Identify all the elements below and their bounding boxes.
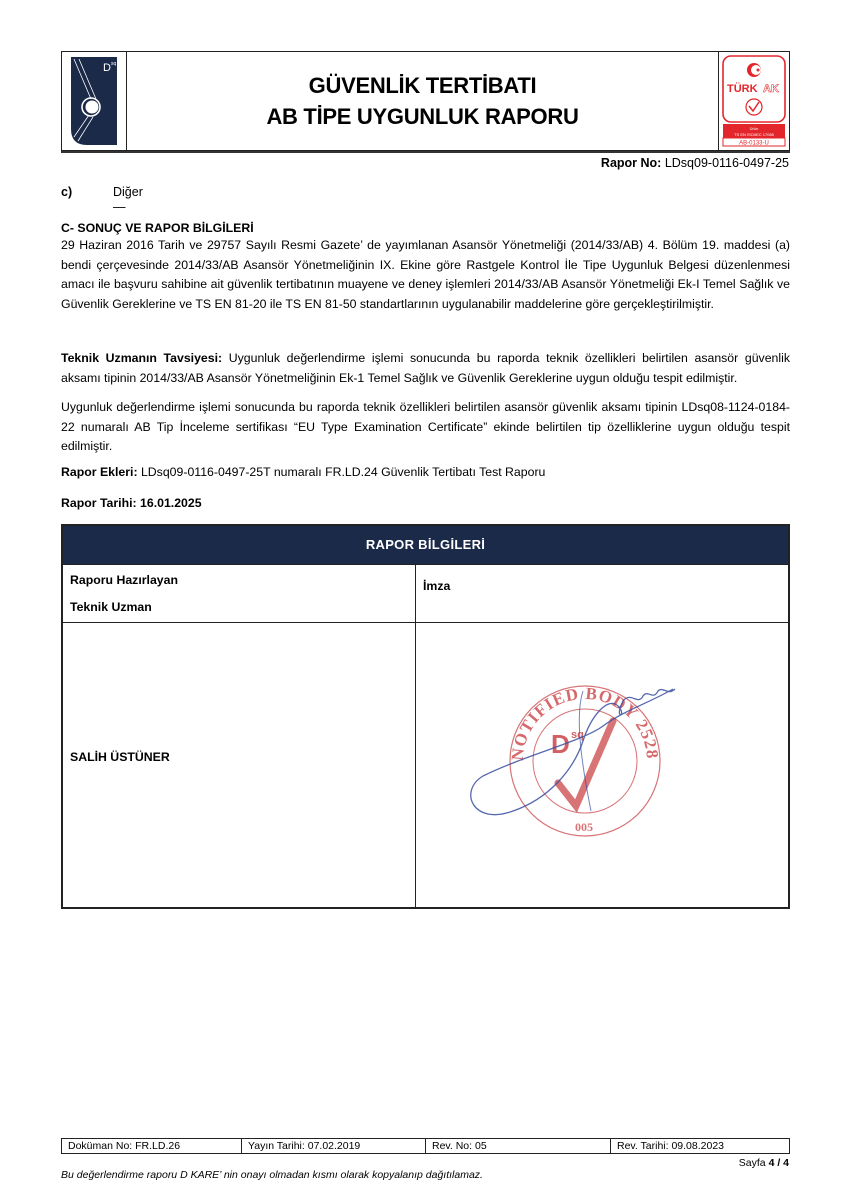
svg-text:AK: AK: [763, 83, 779, 95]
svg-text:NOTIFIED BODY 2528: NOTIFIED BODY 2528: [508, 684, 662, 762]
table-data-row: SALİH ÜSTÜNER NOTIFIED BODY 2528 D sq 00…: [63, 623, 788, 907]
item-c-label: c): [61, 185, 72, 199]
attachments-text: LDsq09-0116-0497-25T numaralı FR.LD.24 G…: [138, 465, 546, 479]
svg-text:AB-0133-U: AB-0133-U: [739, 141, 769, 147]
preparer-header-cell: Raporu Hazırlayan Teknik Uzman: [63, 565, 416, 622]
signature-header: İmza: [423, 579, 450, 593]
report-date-value: 16.01.2025: [137, 496, 202, 510]
document-title: GÜVENLİK TERTİBATI AB TİPE UYGUNLUK RAPO…: [127, 52, 718, 150]
svg-text:D: D: [551, 729, 570, 759]
expert-name: SALİH ÜSTÜNER: [70, 750, 170, 764]
title-line-2: AB TİPE UYGUNLUK RAPORU: [266, 101, 578, 132]
footer-rev-no: Rev. No: 05: [426, 1139, 611, 1153]
svg-text:D: D: [103, 62, 111, 74]
svg-text:005: 005: [575, 820, 593, 834]
header-divider: [61, 151, 790, 153]
recommendation-label: Teknik Uzmanın Tavsiyesi:: [61, 351, 222, 365]
expert-name-cell: SALİH ÜSTÜNER: [63, 623, 416, 907]
footer-doc-no: Doküman No: FR.LD.26: [62, 1139, 242, 1153]
preparer-header-line2: Teknik Uzman: [70, 594, 408, 621]
turkak-accreditation-badge: TÜRK AK Ürün TS EN ISO/IEC 17065 AB-0133…: [718, 52, 789, 150]
signature-cell: NOTIFIED BODY 2528 D sq 005: [416, 623, 788, 907]
page-value: 4 / 4: [769, 1157, 789, 1169]
document-footer-table: Doküman No: FR.LD.26 Yayın Tarihi: 07.02…: [61, 1138, 790, 1154]
table-header-row: Raporu Hazırlayan Teknik Uzman İmza: [63, 565, 788, 623]
svg-text:sq: sq: [111, 61, 117, 67]
svg-text:TÜRK: TÜRK: [727, 82, 758, 95]
report-number: Rapor No: LDsq09-0116-0497-25: [601, 156, 789, 170]
report-date-label: Rapor Tarihi:: [61, 496, 137, 510]
page-label: Sayfa: [739, 1157, 766, 1169]
report-info-table: RAPOR BİLGİLERİ Raporu Hazırlayan Teknik…: [61, 524, 790, 909]
conformity-paragraph: Uygunluk değerlendirme işlemi sonucunda …: [61, 398, 790, 457]
title-line-1: GÜVENLİK TERTİBATI: [309, 70, 537, 101]
table-title: RAPOR BİLGİLERİ: [63, 526, 788, 565]
section-paragraph: 29 Haziran 2016 Tarih ve 29757 Sayılı Re…: [61, 236, 790, 314]
turkak-logo-icon: TÜRK AK Ürün TS EN ISO/IEC 17065 AB-0133…: [721, 54, 787, 148]
item-c-dash: —: [113, 200, 126, 214]
report-number-label: Rapor No:: [601, 156, 661, 170]
attachments-line: Rapor Ekleri: LDsq09-0116-0497-25T numar…: [61, 463, 790, 483]
recommendation-paragraph: Teknik Uzmanın Tavsiyesi: Uygunluk değer…: [61, 349, 790, 388]
company-logo: D sq: [62, 52, 127, 150]
item-c-value: Diğer: [113, 185, 143, 199]
document-header: D sq GÜVENLİK TERTİBATI AB TİPE UYGUNLUK…: [61, 51, 790, 151]
dsq-logo-icon: D sq: [69, 55, 119, 147]
preparer-header-line1: Raporu Hazırlayan: [70, 567, 408, 594]
document-page: D sq GÜVENLİK TERTİBATI AB TİPE UYGUNLUK…: [0, 0, 850, 1202]
copy-restriction-note: Bu değerlendirme raporu D KARE’ nin onay…: [61, 1169, 483, 1181]
report-date-line: Rapor Tarihi: 16.01.2025: [61, 494, 790, 514]
footer-publish-date: Yayın Tarihi: 07.02.2019: [242, 1139, 426, 1153]
report-number-value: LDsq09-0116-0497-25: [665, 156, 789, 170]
attachments-label: Rapor Ekleri:: [61, 465, 138, 479]
notified-body-stamp-icon: NOTIFIED BODY 2528 D sq 005: [463, 661, 693, 841]
signature-header-cell: İmza: [416, 565, 788, 622]
footer-rev-date: Rev. Tarihi: 09.08.2023: [611, 1139, 789, 1153]
svg-text:Ürün: Ürün: [750, 126, 759, 131]
page-number: Sayfa 4 / 4: [739, 1157, 789, 1169]
svg-text:TS EN ISO/IEC 17065: TS EN ISO/IEC 17065: [734, 132, 775, 137]
